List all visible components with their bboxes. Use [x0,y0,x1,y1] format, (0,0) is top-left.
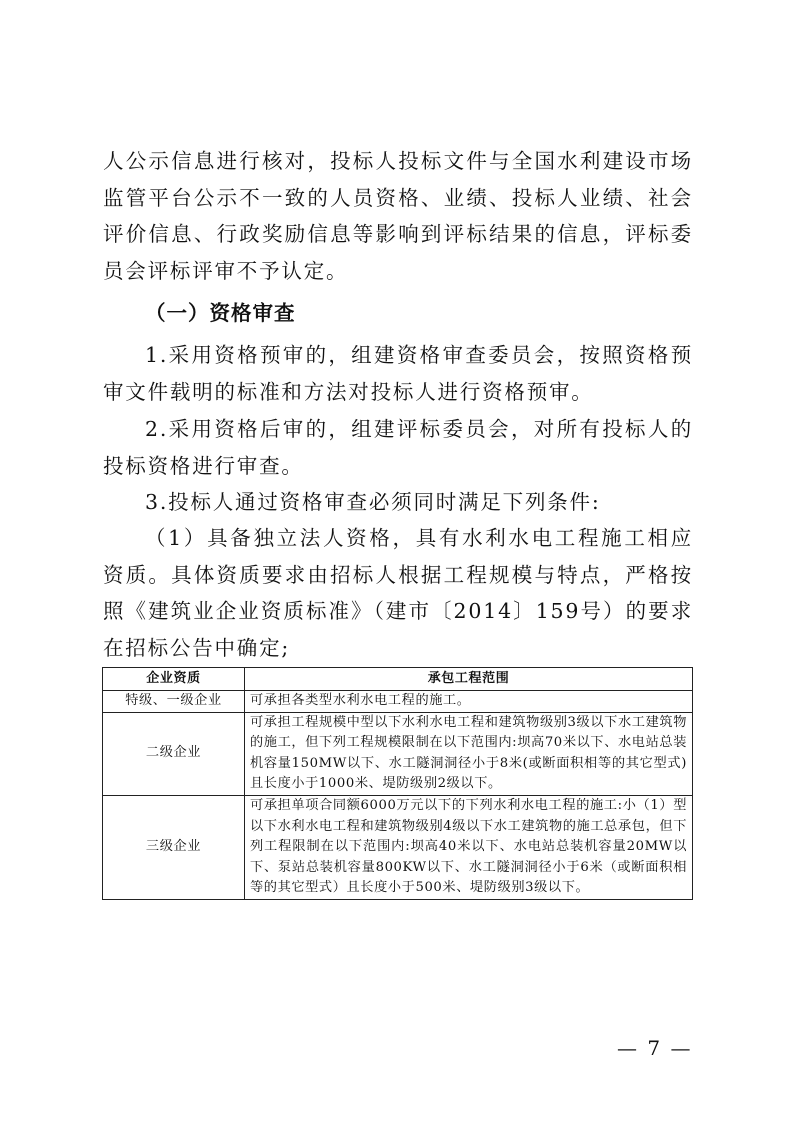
item-2-paragraph: 2.采用资格后审的，组建评标委员会，对所有投标人的投标资格进行审查。 [103,411,693,484]
cell-scope: 可承担各类型水利水电工程的施工。 [245,691,693,713]
qualification-table: 企业资质 承包工程范围 特级、一级企业 可承担各类型水利水电工程的施工。 二级企… [102,667,693,900]
cell-level: 特级、一级企业 [103,691,245,713]
cell-scope: 可承担工程规模中型以下水利水电工程和建筑物级别3级以下水工建筑物的施工，但下列工… [245,712,693,795]
intro-paragraph: 人公示信息进行核对，投标人投标文件与全国水利建设市场监管平台公示不一致的人员资格… [103,143,693,289]
table-header-row: 企业资质 承包工程范围 [103,668,693,691]
cell-scope: 可承担单项合同额6000万元以下的下列水利水电工程的施工:小（1）型以下水利水电… [245,795,693,899]
table-row: 特级、一级企业 可承担各类型水利水电工程的施工。 [103,691,693,713]
item-3-1-paragraph: （1）具备独立法人资格，具有水利水电工程施工相应资质。具体资质要求由招标人根据工… [103,520,693,666]
document-page: 人公示信息进行核对，投标人投标文件与全国水利建设市场监管平台公示不一致的人员资格… [0,0,793,1122]
section-heading: （一）资格审查 [145,296,296,326]
table-row: 二级企业 可承担工程规模中型以下水利水电工程和建筑物级别3级以下水工建筑物的施工… [103,712,693,795]
page-number: — 7 — [617,1036,692,1060]
cell-level: 二级企业 [103,712,245,795]
header-qualification: 企业资质 [103,668,245,691]
item-1-paragraph: 1.采用资格预审的，组建资格审查委员会，按照资格预审文件载明的标准和方法对投标人… [103,337,693,410]
cell-level: 三级企业 [103,795,245,899]
header-scope: 承包工程范围 [245,668,693,691]
table-row: 三级企业 可承担单项合同额6000万元以下的下列水利水电工程的施工:小（1）型以… [103,795,693,899]
item-3-paragraph: 3.投标人通过资格审查必须同时满足下列条件: [103,484,693,521]
